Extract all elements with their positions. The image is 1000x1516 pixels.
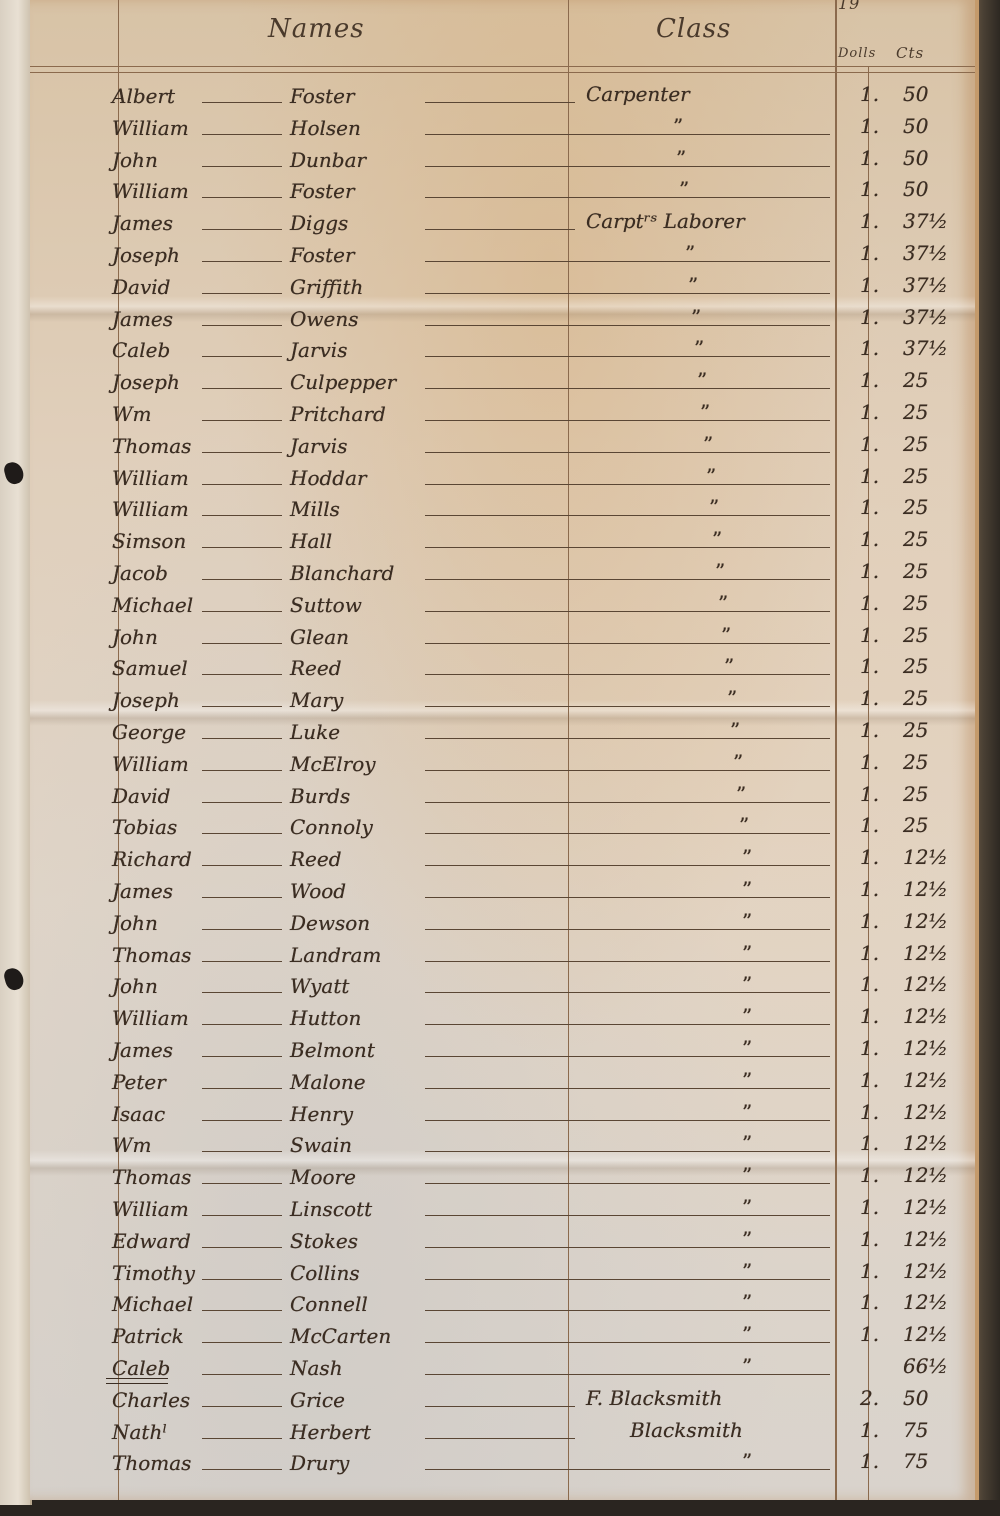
cents-value: 12½ [903, 1131, 948, 1155]
ledger-row: William McElroy ” 1. 25 [30, 744, 975, 778]
ledger-row: Caleb Nash ” 66½ [30, 1348, 975, 1382]
last-name: Reed [290, 847, 342, 871]
first-name: Nathˡ [112, 1420, 167, 1444]
ledger-row: James Diggs Carptʳˢ Laborer 1. 37½ [30, 203, 975, 237]
ledger-row: William Hoddar ” 1. 25 [30, 458, 975, 492]
class-value: ” [742, 1354, 752, 1378]
ledger-row: Caleb Jarvis ” 1. 37½ [30, 330, 975, 364]
leader-line [425, 547, 830, 548]
dollars-value: 1. [860, 1131, 879, 1155]
last-name: Dunbar [290, 148, 366, 172]
leader-line [425, 706, 830, 707]
leader-line [202, 802, 282, 803]
leader-line [425, 229, 575, 230]
ledger-row: Peter Malone ” 1. 12½ [30, 1062, 975, 1096]
leader-line [425, 833, 830, 834]
dollars-value: 1. [860, 1163, 879, 1187]
cents-value: 75 [903, 1418, 928, 1442]
dollars-value: 1. [860, 1195, 879, 1219]
leader-line [425, 802, 830, 803]
last-name: Drury [290, 1451, 349, 1475]
cents-value: 12½ [903, 1036, 948, 1060]
leader-line [202, 1438, 282, 1439]
ledger-row: James Belmont ” 1. 12½ [30, 1030, 975, 1064]
dollars-value: 1. [860, 623, 879, 647]
cents-value: 12½ [903, 941, 948, 965]
dollars-value: 1. [860, 877, 879, 901]
leader-line [425, 134, 830, 135]
first-name: Peter [112, 1070, 166, 1094]
cents-value: 25 [903, 654, 928, 678]
class-value: ” [742, 1195, 752, 1219]
leader-line [425, 1215, 830, 1216]
last-name: Henry [290, 1102, 353, 1126]
class-value: ” [691, 305, 701, 329]
dollars-value: 1. [860, 495, 879, 519]
dollars-value: 1. [860, 177, 879, 201]
first-name: William [112, 116, 189, 140]
last-name: Linscott [290, 1197, 372, 1221]
class-value: F. Blacksmith [586, 1386, 722, 1410]
leader-line [202, 1374, 282, 1375]
ledger-row: Albert Foster Carpenter 1. 50 [30, 76, 975, 110]
ledger-row: Wm Pritchard ” 1. 25 [30, 394, 975, 428]
ledger-row: Nathˡ Herbert Blacksmith 1. 75 [30, 1412, 975, 1446]
ledger-row: John Dewson ” 1. 12½ [30, 903, 975, 937]
cents-value: 12½ [903, 1259, 948, 1283]
first-name: Patrick [112, 1324, 184, 1348]
class-value: ” [742, 941, 752, 965]
dollars-value: 2. [860, 1386, 879, 1410]
class-value: ” [736, 782, 746, 806]
last-name: Hall [290, 529, 332, 553]
leader-line [202, 484, 282, 485]
dollars-value: 1. [860, 368, 879, 392]
first-name: George [112, 720, 186, 744]
first-name: James [112, 1038, 173, 1062]
leader-line [202, 1088, 282, 1089]
ledger-row: Joseph Culpepper ” 1. 25 [30, 362, 975, 396]
first-name: Isaac [112, 1102, 165, 1126]
first-name: John [112, 625, 158, 649]
last-name: Suttow [290, 593, 362, 617]
class-value: ” [706, 464, 716, 488]
dollars-header: Dolls [838, 46, 876, 61]
leader-line [425, 102, 575, 103]
last-name: Wyatt [290, 974, 349, 998]
leader-line [202, 611, 282, 612]
last-name: Dewson [290, 911, 370, 935]
last-name: Jarvis [290, 338, 347, 362]
dollars-value: 1. [860, 114, 879, 138]
leader-line [202, 833, 282, 834]
ledger-row: James Wood ” 1. 12½ [30, 871, 975, 905]
cents-value: 37½ [903, 241, 948, 265]
leader-line [202, 1183, 282, 1184]
ledger-row: Richard Reed ” 1. 12½ [30, 839, 975, 873]
cents-value: 12½ [903, 1195, 948, 1219]
dollars-value: 1. [860, 209, 879, 233]
dollars-value: 1. [860, 1036, 879, 1060]
class-value: ” [739, 813, 749, 837]
ledger-row: Thomas Drury ” 1. 75 [30, 1443, 975, 1477]
ledger-page: 19 19 Names Class Dolls Cts Albert Foste… [30, 0, 979, 1500]
leader-line [425, 897, 830, 898]
leader-line [202, 166, 282, 167]
first-name: Thomas [112, 943, 191, 967]
last-name: Grice [290, 1388, 345, 1412]
last-name: Belmont [290, 1038, 375, 1062]
ledger-row: David Griffith ” 1. 37½ [30, 267, 975, 301]
first-name: William [112, 497, 189, 521]
class-value: ” [733, 750, 743, 774]
leader-line [425, 420, 830, 421]
last-name: Mary [290, 688, 343, 712]
class-value: ” [709, 495, 719, 519]
leader-line [202, 1342, 282, 1343]
cents-value: 25 [903, 527, 928, 551]
first-name: David [112, 784, 170, 808]
leader-line [425, 738, 830, 739]
first-name: Thomas [112, 1451, 191, 1475]
leader-line [202, 897, 282, 898]
class-value: ” [727, 686, 737, 710]
leader-line [202, 1310, 282, 1311]
leader-line [425, 1279, 830, 1280]
dollars-value: 1. [860, 273, 879, 297]
last-name: Nash [290, 1356, 343, 1380]
leader-line [425, 1438, 575, 1439]
class-value: ” [703, 432, 713, 456]
last-name: Landram [290, 943, 381, 967]
last-name: Diggs [290, 211, 348, 235]
leader-line [425, 1310, 830, 1311]
cents-value: 25 [903, 432, 928, 456]
dollars-value: 1. [860, 336, 879, 360]
first-name: James [112, 211, 173, 235]
leader-line [202, 1469, 282, 1470]
last-name: Luke [290, 720, 340, 744]
cents-value: 12½ [903, 877, 948, 901]
first-name: Jacob [112, 561, 168, 585]
leader-line [425, 293, 830, 294]
last-name: Foster [290, 84, 355, 108]
first-name: Tobias [112, 815, 177, 839]
ledger-row: Edward Stokes ” 1. 12½ [30, 1221, 975, 1255]
class-value: ” [673, 114, 683, 138]
leader-line [202, 865, 282, 866]
class-value: ” [730, 718, 740, 742]
first-name: Caleb [112, 1356, 170, 1380]
last-name: Culpepper [290, 370, 396, 394]
leader-line [425, 1151, 830, 1152]
cents-value: 50 [903, 177, 928, 201]
ledger-row: Thomas Moore ” 1. 12½ [30, 1157, 975, 1191]
class-value: ” [742, 1004, 752, 1028]
cents-value: 66½ [903, 1354, 948, 1378]
class-value: ” [685, 241, 695, 265]
last-name: Foster [290, 243, 355, 267]
ledger-row: William Mills ” 1. 25 [30, 489, 975, 523]
ledger-row: William Linscott ” 1. 12½ [30, 1189, 975, 1223]
cents-value: 50 [903, 114, 928, 138]
class-value: ” [742, 1449, 752, 1473]
dollars-value: 1. [860, 146, 879, 170]
class-value: ” [676, 146, 686, 170]
first-name: Joseph [112, 243, 180, 267]
last-name: Connell [290, 1292, 368, 1316]
ledger-row: Wm Swain ” 1. 12½ [30, 1125, 975, 1159]
class-value: ” [697, 368, 707, 392]
class-value: ” [715, 559, 725, 583]
cents-value: 25 [903, 782, 928, 806]
backdrop-bottom [0, 1500, 1000, 1516]
dollars-value: 1. [860, 1418, 879, 1442]
leader-line [202, 102, 282, 103]
leader-line [425, 166, 830, 167]
names-header: Names [268, 14, 365, 44]
first-name: Simson [112, 529, 186, 553]
dollars-value: 1. [860, 1100, 879, 1124]
first-name: Wm [112, 1133, 152, 1157]
first-name: William [112, 1197, 189, 1221]
header-rule [30, 66, 975, 73]
class-value: ” [700, 400, 710, 424]
leader-line [425, 1469, 830, 1470]
first-name: Timothy [112, 1261, 195, 1285]
class-value: ” [724, 654, 734, 678]
cents-value: 37½ [903, 273, 948, 297]
first-name: William [112, 1006, 189, 1030]
leader-line [202, 547, 282, 548]
ledger-row: Isaac Henry ” 1. 12½ [30, 1094, 975, 1128]
dollars-value: 1. [860, 1004, 879, 1028]
ledger-row: James Owens ” 1. 37½ [30, 299, 975, 333]
ledger-row: Simson Hall ” 1. 25 [30, 521, 975, 555]
leader-line [425, 579, 830, 580]
leader-line [202, 643, 282, 644]
dollars-value: 1. [860, 1290, 879, 1314]
leader-line [202, 515, 282, 516]
cents-value: 25 [903, 718, 928, 742]
cents-value: 50 [903, 82, 928, 106]
class-value: ” [742, 909, 752, 933]
last-name: Owens [290, 307, 359, 331]
last-name: Holsen [290, 116, 361, 140]
leader-line [425, 356, 830, 357]
dollars-value: 1. [860, 750, 879, 774]
class-value: ” [742, 877, 752, 901]
leader-line [202, 770, 282, 771]
dollars-value: 1. [860, 527, 879, 551]
cents-value: 50 [903, 1386, 928, 1410]
leader-line [425, 452, 830, 453]
cents-value: 25 [903, 750, 928, 774]
leader-line [202, 929, 282, 930]
leader-line [202, 1279, 282, 1280]
cents-value: 50 [903, 146, 928, 170]
first-name: William [112, 752, 189, 776]
dollars-value: 1. [860, 782, 879, 806]
class-header: Class [656, 14, 731, 44]
leader-line [202, 1151, 282, 1152]
class-value: ” [712, 527, 722, 551]
last-name: Collins [290, 1261, 360, 1285]
leader-line [425, 611, 830, 612]
ledger-row: Thomas Landram ” 1. 12½ [30, 935, 975, 969]
leader-line [425, 1183, 830, 1184]
dollars-value: 1. [860, 1449, 879, 1473]
class-value: ” [742, 1131, 752, 1155]
cents-value: 12½ [903, 1068, 948, 1092]
last-name: McElroy [290, 752, 376, 776]
cents-value: 75 [903, 1449, 928, 1473]
ledger-row: Thomas Jarvis ” 1. 25 [30, 426, 975, 460]
cents-value: 25 [903, 591, 928, 615]
dollars-value: 1. [860, 845, 879, 869]
last-name: Jarvis [290, 434, 347, 458]
class-value: ” [742, 1322, 752, 1346]
dollars-value: 1. [860, 941, 879, 965]
dollars-value: 1. [860, 305, 879, 329]
first-name: Edward [112, 1229, 191, 1253]
first-name: Caleb [112, 338, 170, 362]
dollars-value: 1. [860, 82, 879, 106]
last-name: Hoddar [290, 466, 367, 490]
ledger-row: Tobias Connoly ” 1. 25 [30, 807, 975, 841]
cents-value: 12½ [903, 972, 948, 996]
first-name: Thomas [112, 434, 191, 458]
leader-line [202, 1024, 282, 1025]
cents-value: 12½ [903, 1163, 948, 1187]
cents-header: Cts [896, 44, 924, 62]
dollars-value: 1. [860, 718, 879, 742]
leader-line [425, 197, 830, 198]
dollars-value: 1. [860, 909, 879, 933]
first-name: Joseph [112, 370, 180, 394]
ledger-row: Joseph Mary ” 1. 25 [30, 680, 975, 714]
leader-line [425, 929, 830, 930]
first-name: Michael [112, 593, 193, 617]
leader-line [202, 579, 282, 580]
leader-line [202, 197, 282, 198]
first-name: James [112, 879, 173, 903]
dollars-value: 1. [860, 654, 879, 678]
cents-value: 12½ [903, 1227, 948, 1251]
last-name: Blanchard [290, 561, 394, 585]
class-value: ” [721, 623, 731, 647]
leader-line [202, 738, 282, 739]
dollars-value: 1. [860, 241, 879, 265]
class-value: ” [742, 1227, 752, 1251]
cents-value: 37½ [903, 336, 948, 360]
class-value: ” [742, 1259, 752, 1283]
ledger-row: Michael Connell ” 1. 12½ [30, 1284, 975, 1318]
cents-value: 25 [903, 368, 928, 392]
cents-value: 12½ [903, 1004, 948, 1028]
ledger-row: Charles Grice F. Blacksmith 2. 50 [30, 1380, 975, 1414]
leader-line [202, 261, 282, 262]
last-name: Griffith [290, 275, 363, 299]
leader-line [425, 484, 830, 485]
first-name: Charles [112, 1388, 190, 1412]
cents-value: 25 [903, 400, 928, 424]
leader-line [425, 1088, 830, 1089]
first-name: Samuel [112, 656, 188, 680]
leader-line [425, 1342, 830, 1343]
last-name: Glean [290, 625, 349, 649]
dollars-value: 1. [860, 1068, 879, 1092]
cents-value: 12½ [903, 845, 948, 869]
dollars-value: 1. [860, 1227, 879, 1251]
ledger-row: John Glean ” 1. 25 [30, 617, 975, 651]
first-name: John [112, 148, 158, 172]
leader-line [202, 992, 282, 993]
leader-line [202, 961, 282, 962]
leader-line [202, 229, 282, 230]
first-name: William [112, 466, 189, 490]
class-value: ” [718, 591, 728, 615]
dollars-value: 1. [860, 686, 879, 710]
dollars-value: 1. [860, 1259, 879, 1283]
class-value: ” [688, 273, 698, 297]
leader-line [202, 452, 282, 453]
class-value: Carpenter [586, 82, 690, 106]
first-name: Joseph [112, 688, 180, 712]
leader-line [202, 1406, 282, 1407]
leader-line [425, 643, 830, 644]
dollars-value: 1. [860, 1322, 879, 1346]
first-name: Richard [112, 847, 192, 871]
last-name: Reed [290, 656, 342, 680]
dollars-value: 1. [860, 591, 879, 615]
cents-value: 12½ [903, 1290, 948, 1314]
first-name: James [112, 307, 173, 331]
ledger-row: Timothy Collins ” 1. 12½ [30, 1253, 975, 1287]
ledger-row: George Luke ” 1. 25 [30, 712, 975, 746]
leader-line [425, 674, 830, 675]
first-name: David [112, 275, 170, 299]
class-value: ” [742, 845, 752, 869]
leader-line [425, 961, 830, 962]
ledger-row: William Foster ” 1. 50 [30, 171, 975, 205]
class-value: ” [742, 972, 752, 996]
ledger-row: Samuel Reed ” 1. 25 [30, 648, 975, 682]
ledger-row: John Dunbar ” 1. 50 [30, 140, 975, 174]
binding-edge [0, 0, 32, 1505]
dollars-value: 1. [860, 464, 879, 488]
ledger-row: Joseph Foster ” 1. 37½ [30, 235, 975, 269]
leader-line [202, 420, 282, 421]
class-value: ” [742, 1290, 752, 1314]
last-name: Hutton [290, 1006, 361, 1030]
last-name: Pritchard [290, 402, 386, 426]
last-name: Moore [290, 1165, 356, 1189]
ledger-row: William Holsen ” 1. 50 [30, 108, 975, 142]
dollars-value: 1. [860, 559, 879, 583]
cents-value: 12½ [903, 1322, 948, 1346]
last-name: Stokes [290, 1229, 358, 1253]
class-value: ” [694, 336, 704, 360]
photo-scene: 19 19 Names Class Dolls Cts Albert Foste… [0, 0, 1000, 1516]
leader-line [425, 1056, 830, 1057]
dollars-value: 1. [860, 432, 879, 456]
cents-value: 25 [903, 559, 928, 583]
leader-line [425, 1120, 830, 1121]
last-name: Swain [290, 1133, 352, 1157]
first-name: John [112, 974, 158, 998]
class-value: ” [742, 1100, 752, 1124]
